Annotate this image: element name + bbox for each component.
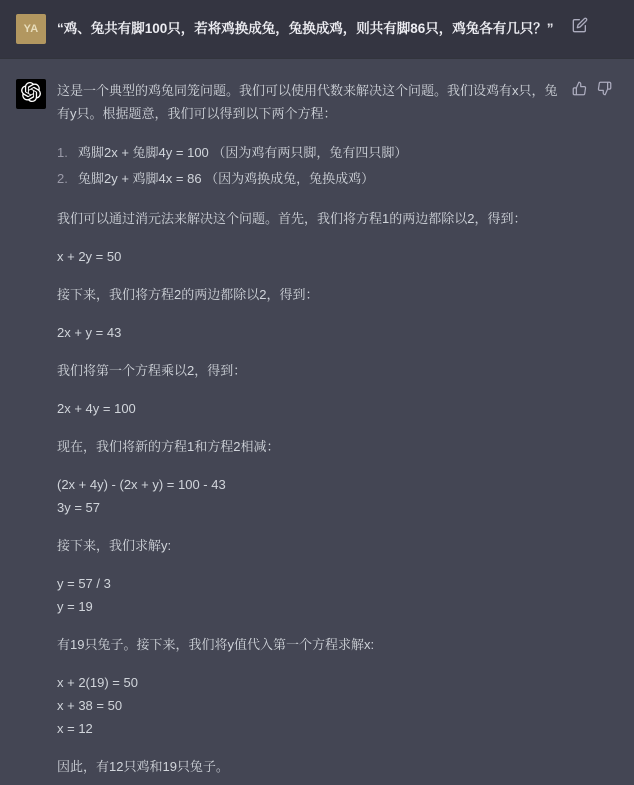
user-message-row: YA “鸡、兔共有脚100只，若将鸡换成兔，兔换成鸡，则共有脚86只，鸡兔各有几… bbox=[0, 0, 634, 58]
assistant-paragraph: 我们可以通过消元法来解决这个问题。首先，我们将方程1的两边都除以2，得到： bbox=[57, 207, 570, 230]
edit-icon bbox=[572, 17, 588, 33]
equations-ordered-list: 1. 鸡脚2x + 兔脚4y = 100 （因为鸡有两只脚，兔有四只脚） 2. … bbox=[57, 140, 570, 192]
assistant-paragraph: 这是一个典型的鸡兔同笼问题。我们可以使用代数来解决这个问题。我们设鸡有x只，兔有… bbox=[57, 79, 570, 125]
equation-block: x + 2y = 50 bbox=[57, 245, 570, 268]
thumbs-up-icon bbox=[572, 81, 587, 96]
assistant-paragraph: 现在，我们将新的方程1和方程2相减： bbox=[57, 435, 570, 458]
equation-block: (2x + 4y) - (2x + y) = 100 - 43 3y = 57 bbox=[57, 473, 570, 519]
assistant-paragraph: 有19只兔子。接下来，我们将y值代入第一个方程求解x: bbox=[57, 633, 570, 656]
user-avatar: YA bbox=[16, 14, 46, 44]
list-item-text: 兔脚2y + 鸡脚4x = 86 （因为鸡换成兔，兔换成鸡） bbox=[78, 166, 374, 192]
list-item-marker: 2. bbox=[57, 166, 78, 192]
user-message-text: “鸡、兔共有脚100只，若将鸡换成兔，兔换成鸡，则共有脚86只，鸡兔各有几只？” bbox=[57, 17, 570, 40]
assistant-message-row: 这是一个典型的鸡兔同笼问题。我们可以使用代数来解决这个问题。我们设鸡有x只，兔有… bbox=[0, 58, 634, 785]
thumbs-down-button[interactable] bbox=[597, 81, 612, 96]
equation-block: x + 2(19) = 50 x + 38 = 50 x = 12 bbox=[57, 671, 570, 740]
equation-block: 2x + y = 43 bbox=[57, 321, 570, 344]
openai-logo-icon bbox=[21, 82, 41, 107]
list-item-text: 鸡脚2x + 兔脚4y = 100 （因为鸡有两只脚，兔有四只脚） bbox=[78, 140, 407, 166]
equation-block: y = 57 / 3 y = 19 bbox=[57, 572, 570, 618]
assistant-message-content: 这是一个典型的鸡兔同笼问题。我们可以使用代数来解决这个问题。我们设鸡有x只，兔有… bbox=[57, 79, 570, 778]
assistant-conclusion: 因此，有12只鸡和19只兔子。 bbox=[57, 755, 570, 778]
assistant-paragraph: 接下来，我们求解y: bbox=[57, 534, 570, 557]
assistant-message-actions bbox=[572, 81, 618, 96]
assistant-avatar bbox=[16, 79, 46, 109]
assistant-paragraph: 接下来，我们将方程2的两边都除以2，得到： bbox=[57, 283, 570, 306]
assistant-paragraph: 我们将第一个方程乘以2，得到： bbox=[57, 359, 570, 382]
edit-message-button[interactable] bbox=[572, 17, 588, 33]
thumbs-up-button[interactable] bbox=[572, 81, 587, 96]
list-item-marker: 1. bbox=[57, 140, 78, 166]
list-item: 1. 鸡脚2x + 兔脚4y = 100 （因为鸡有两只脚，兔有四只脚） bbox=[57, 140, 570, 166]
user-message-actions bbox=[572, 17, 618, 33]
list-item: 2. 兔脚2y + 鸡脚4x = 86 （因为鸡换成兔，兔换成鸡） bbox=[57, 166, 570, 192]
thumbs-down-icon bbox=[597, 81, 612, 96]
equation-block: 2x + 4y = 100 bbox=[57, 397, 570, 420]
